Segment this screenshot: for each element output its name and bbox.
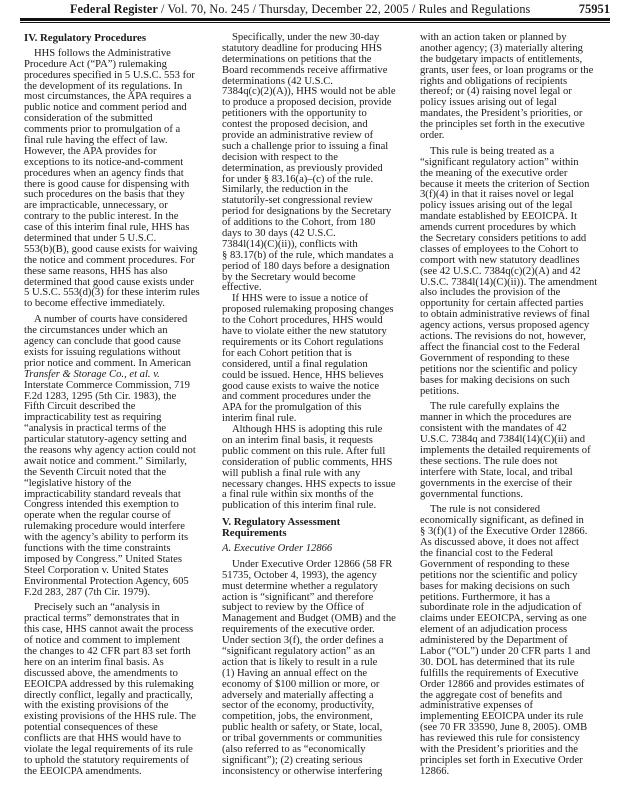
text-line: “legislative history of the [24, 479, 212, 490]
text-line: procedures when an agency finds that [24, 169, 212, 180]
text-line: publication of this interim final rule. [222, 501, 410, 512]
text-line: economy of $100 million or more, or [222, 680, 410, 691]
text-line: the Seventh Circuit noted that the [24, 468, 212, 479]
text-line: petitions nor the scientific and policy [420, 571, 608, 582]
text-line: 12866. [420, 767, 608, 778]
text-line: inconsistency or otherwise interfering [222, 767, 410, 778]
text-line: period of 180 days before a designation [222, 262, 410, 273]
text-line: could be issued. Hence, HHS believes [222, 371, 410, 382]
subsection-heading-line: A. Executive Order 12866 [222, 544, 410, 555]
page-header: Federal Register / Vol. 70, No. 245 / Th… [0, 0, 618, 20]
text-line: procedures specified in 5 U.S.C. 553 for [24, 71, 212, 82]
text-line: bases for making decisions on such [420, 376, 608, 387]
text-line: to become effective immediately. [24, 299, 212, 310]
text-line: consideration of public comments, HHS [222, 458, 410, 469]
text-line: the EEOICPA amendments. [24, 767, 212, 778]
text-line: Steel Corporation v. United States [24, 566, 212, 577]
text-line: Order 12866 and provides estimates of [420, 680, 608, 691]
text-line: these same reasons, HHS has also [24, 267, 212, 278]
text-line: will publish a final rule with any [222, 469, 410, 480]
text-line: governments in the exercise of their [420, 479, 608, 490]
text-line: petitions nor the scientific and policy [420, 365, 608, 376]
section-heading-line: IV. Regulatory Procedures [24, 33, 212, 44]
text-line: order. [420, 131, 608, 142]
text-line: Transfer & Storage Co., et al. v. [24, 370, 212, 381]
text-line: the principles set forth in the executiv… [420, 120, 608, 131]
text-line: EEOICPA addressed by this rulemaking [24, 680, 212, 691]
header-rule-thin [20, 22, 610, 23]
text-column-3: with an action taken or planned byanothe… [420, 33, 608, 778]
text-line: (see 42 U.S.C. 7384q(c)(2)(A) and 42 [420, 267, 608, 278]
text-line: considered, until a final regulation [222, 360, 410, 371]
section-name: Rules and Regulations [419, 2, 531, 16]
volume-issue: Vol. 70, No. 245 [167, 2, 249, 16]
header-rule-thick [20, 18, 610, 21]
text-line: grants, user fees, or loan programs or t… [420, 66, 608, 77]
text-line: Interstate Commerce Commission, 719 [24, 381, 212, 392]
page-number: 75951 [579, 2, 610, 17]
publication-name: Federal Register [70, 2, 158, 16]
text-line: Board recommends receive affirmative [222, 66, 410, 77]
text-column-2: Specifically, under the new 30-daystatut… [222, 33, 410, 778]
text-line: determination, as previously provided [222, 164, 410, 175]
running-head: Federal Register / Vol. 70, No. 245 / Th… [70, 2, 530, 17]
text-line: interfere with State, local, and tribal [420, 468, 608, 479]
text-line: the meaning of the executive order [420, 169, 608, 180]
text-column-1: IV. Regulatory ProceduresHHS follows the… [24, 33, 212, 778]
text-line: bases for making decisions on such [420, 582, 608, 593]
publication-date: Thursday, December 22, 2005 [259, 2, 409, 16]
text-line: petitions. [420, 387, 608, 398]
text-line: 51735, October 4, 1993), the agency [222, 571, 410, 582]
text-line: Environmental Protection Agency, 605 [24, 577, 212, 588]
section-heading-line: Requirements [222, 528, 410, 539]
text-line: must determine whether a regulatory [222, 582, 410, 593]
text-line: governmental functions. [420, 490, 608, 501]
text-line: F.2d 283, 287 (7th Cir. 1979). [24, 588, 212, 599]
